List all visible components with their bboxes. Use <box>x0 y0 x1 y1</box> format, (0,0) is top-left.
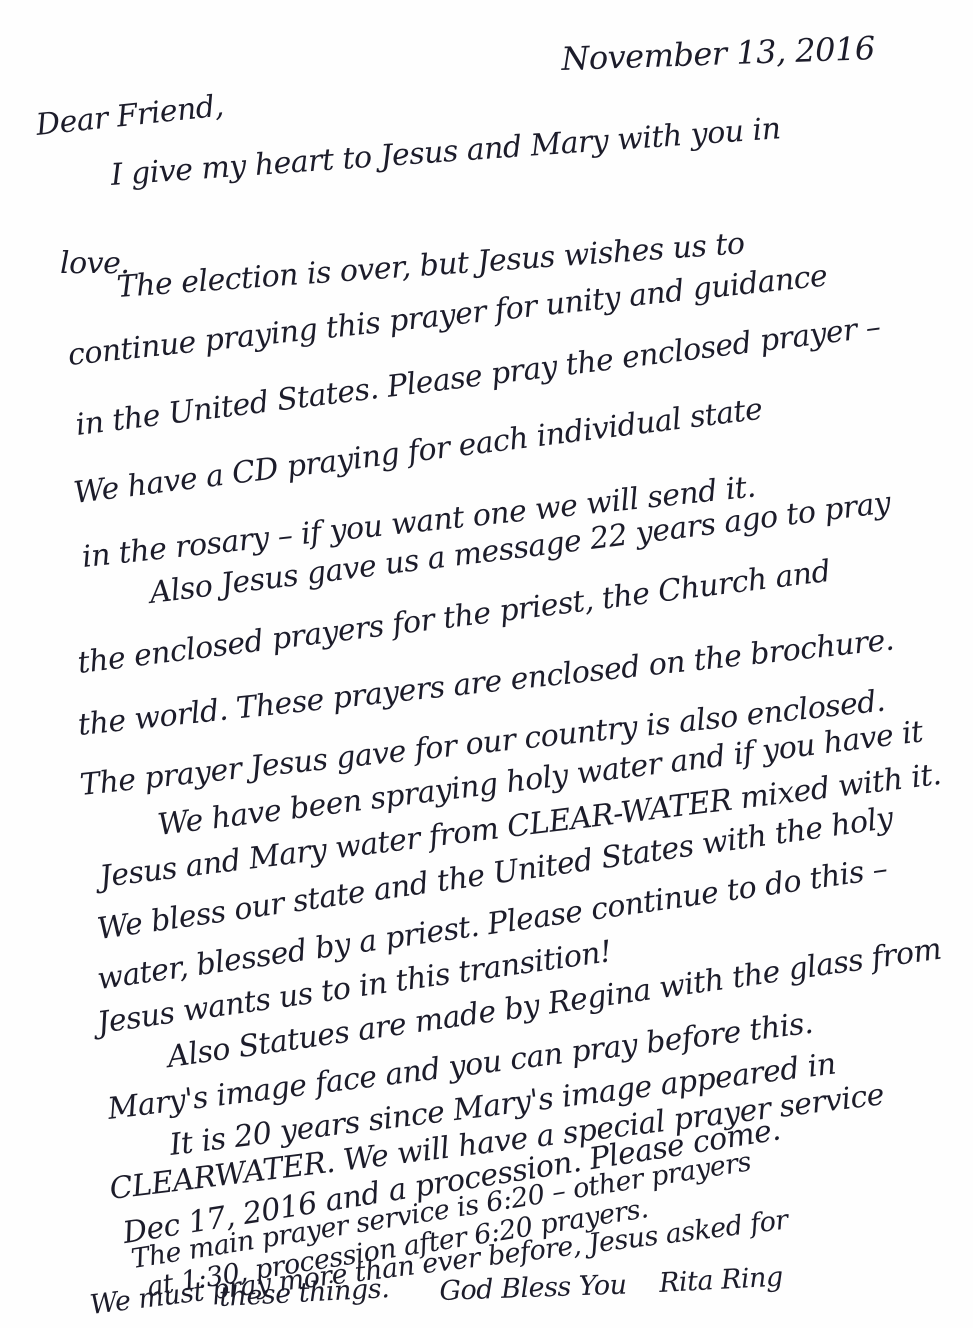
letter-page: November 13, 2016 Dear Friend, I give my… <box>0 0 973 1328</box>
signature: Rita Ring <box>658 1262 783 1299</box>
closing: God Bless You <box>439 1269 627 1307</box>
salutation: Dear Friend, <box>34 89 225 143</box>
letter-date: November 13, 2016 <box>561 29 876 78</box>
